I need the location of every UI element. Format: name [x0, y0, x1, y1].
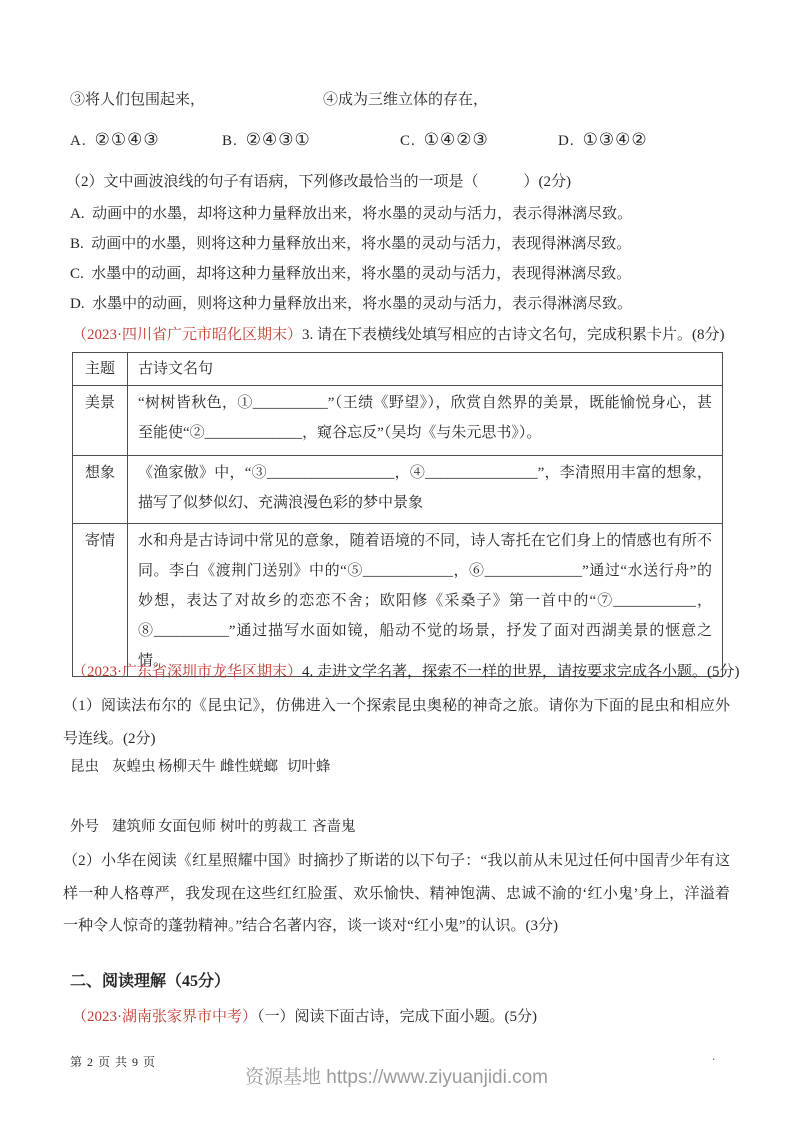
nicknames-row-label: 外号 — [70, 815, 99, 836]
table-row: 美景 “树树皆秋色，①__________”（王绩《野望》），欣赏自然界的美景，… — [73, 386, 723, 456]
insect-item: 杨柳天牛 — [158, 755, 216, 776]
option-b-value: ②④③① — [246, 130, 311, 149]
option-d-label: D. — [558, 133, 575, 149]
table-row: 寄情 水和舟是古诗词中常见的意象，随着语境的不同，诗人寄托在它们身上的情感也有所… — [73, 524, 723, 677]
reading-1-header: （2023·湖南张家界市中考）（一）阅读下面古诗，完成下面小题。(5分) — [72, 1005, 763, 1026]
table-row-content: “树树皆秋色，①__________”（王绩《野望》），欣赏自然界的美景，既能愉… — [128, 386, 723, 456]
table-row-content: 《渔家傲》中，“③_________________，④____________… — [128, 456, 723, 524]
question-2-option-a: A. 动画中的水墨，却将这种力量释放出来，将水墨的灵动与活力，表示得淋漓尽致。 — [70, 199, 753, 229]
question-2-option-c: C. 水墨中的动画，却将这种力量释放出来，将水墨的灵动与活力，表现得淋漓尽致。 — [70, 259, 753, 289]
question-3-stem: 3. 请在下表横线处填写相应的古诗文名句，完成积累卡片。(8分) — [302, 327, 725, 343]
nickname-item: 建筑师 — [112, 815, 156, 836]
table-header-row: 主题 古诗文名句 — [73, 353, 723, 386]
option-c: C.①④②③ — [400, 130, 489, 150]
nicknames-row: 外号 建筑师 女面包师 树叶的剪裁工 吝啬鬼 — [0, 815, 793, 837]
question-2-options: A. 动画中的水墨，却将这种力量释放出来，将水墨的灵动与活力，表示得淋漓尽致。 … — [70, 199, 753, 319]
insect-item: 灰蝗虫 — [112, 755, 156, 776]
site-watermark: 资源基地 https://www.ziyuanjidi.com — [0, 1062, 793, 1089]
nickname-item: 树叶的剪裁工 — [220, 815, 307, 836]
insect-item: 切叶蜂 — [287, 755, 331, 776]
question-4-stem: 4. 走进文学名著，探索不一样的世界，请按要求完成各小题。(5分) — [302, 664, 740, 680]
insects-row: 昆虫 灰蝗虫 杨柳天牛 雌性蜣螂 切叶蜂 — [0, 755, 793, 777]
question-4-part1: （1）阅读法布尔的《昆虫记》，仿佛进入一个探索昆虫奥秘的神奇之旅。请你为下面的昆… — [63, 690, 730, 756]
table-row-theme: 想象 — [73, 456, 128, 524]
poem-accumulation-table: 主题 古诗文名句 美景 “树树皆秋色，①__________”（王绩《野望》），… — [72, 352, 723, 677]
option-a-label: A. — [70, 133, 87, 149]
option-c-value: ①④②③ — [424, 130, 489, 149]
fragment-3-text: ③将人们包围起来， — [70, 88, 205, 109]
nickname-item: 女面包师 — [158, 815, 216, 836]
table-row-theme: 寄情 — [73, 524, 128, 677]
question-4-part2: （2）小华在阅读《红星照耀中国》时摘抄了斯诺的以下句子：“我以前从未见过任何中国… — [63, 845, 730, 943]
option-a: A.②①④③ — [70, 130, 160, 150]
insects-row-label: 昆虫 — [70, 755, 99, 776]
question-2-stem: （2）文中画波浪线的句子有语病，下列修改最恰当的一项是（ ）(2分) — [66, 170, 753, 191]
question-3-source: （2023·四川省广元市昭化区期末） — [72, 327, 302, 343]
stray-dot: . — [712, 1048, 715, 1064]
question-3-header: （2023·四川省广元市昭化区期末）3. 请在下表横线处填写相应的古诗文名句，完… — [72, 323, 763, 344]
option-d-value: ①③④② — [583, 130, 648, 149]
section-2-heading: 二、阅读理解（45分） — [70, 968, 230, 991]
option-b-label: B. — [222, 133, 238, 149]
question-2-option-b: B. 动画中的水墨，则将这种力量释放出来，将水墨的灵动与活力，表现得淋漓尽致。 — [70, 229, 753, 259]
sentence-fragments-row: ③将人们包围起来， ④成为三维立体的存在， — [0, 88, 793, 110]
option-c-label: C. — [400, 133, 416, 149]
table-row-content: 水和舟是古诗词中常见的意象，随着语境的不同，诗人寄托在它们身上的情感也有所不同。… — [128, 524, 723, 677]
option-b: B.②④③① — [222, 130, 311, 150]
ordering-options-row: A.②①④③ B.②④③① C.①④②③ D.①③④② — [0, 130, 793, 154]
nickname-item: 吝啬鬼 — [312, 815, 356, 836]
option-d: D.①③④② — [558, 130, 648, 150]
fragment-4-text: ④成为三维立体的存在， — [323, 88, 488, 109]
option-a-value: ②①④③ — [95, 130, 160, 149]
table-header-theme: 主题 — [73, 353, 128, 386]
table-header-content: 古诗文名句 — [128, 353, 723, 386]
question-4-source: （2023·广东省深圳市龙华区期末） — [72, 664, 302, 680]
table-row-theme: 美景 — [73, 386, 128, 456]
reading-1-source: （2023·湖南张家界市中考） — [72, 1009, 257, 1025]
exam-paper-page: ③将人们包围起来， ④成为三维立体的存在， A.②①④③ B.②④③① C.①④… — [0, 0, 793, 1122]
question-2-option-d: D. 水墨中的动画，则将这种力量释放出来，将水墨的灵动与活力，表示得淋漓尽致。 — [70, 289, 753, 319]
reading-1-stem: （一）阅读下面古诗，完成下面小题。(5分) — [257, 1009, 537, 1025]
table-row: 想象 《渔家傲》中，“③_________________，④_________… — [73, 456, 723, 524]
question-4-header: （2023·广东省深圳市龙华区期末）4. 走进文学名著，探索不一样的世界，请按要… — [72, 660, 763, 681]
insect-item: 雌性蜣螂 — [220, 755, 278, 776]
